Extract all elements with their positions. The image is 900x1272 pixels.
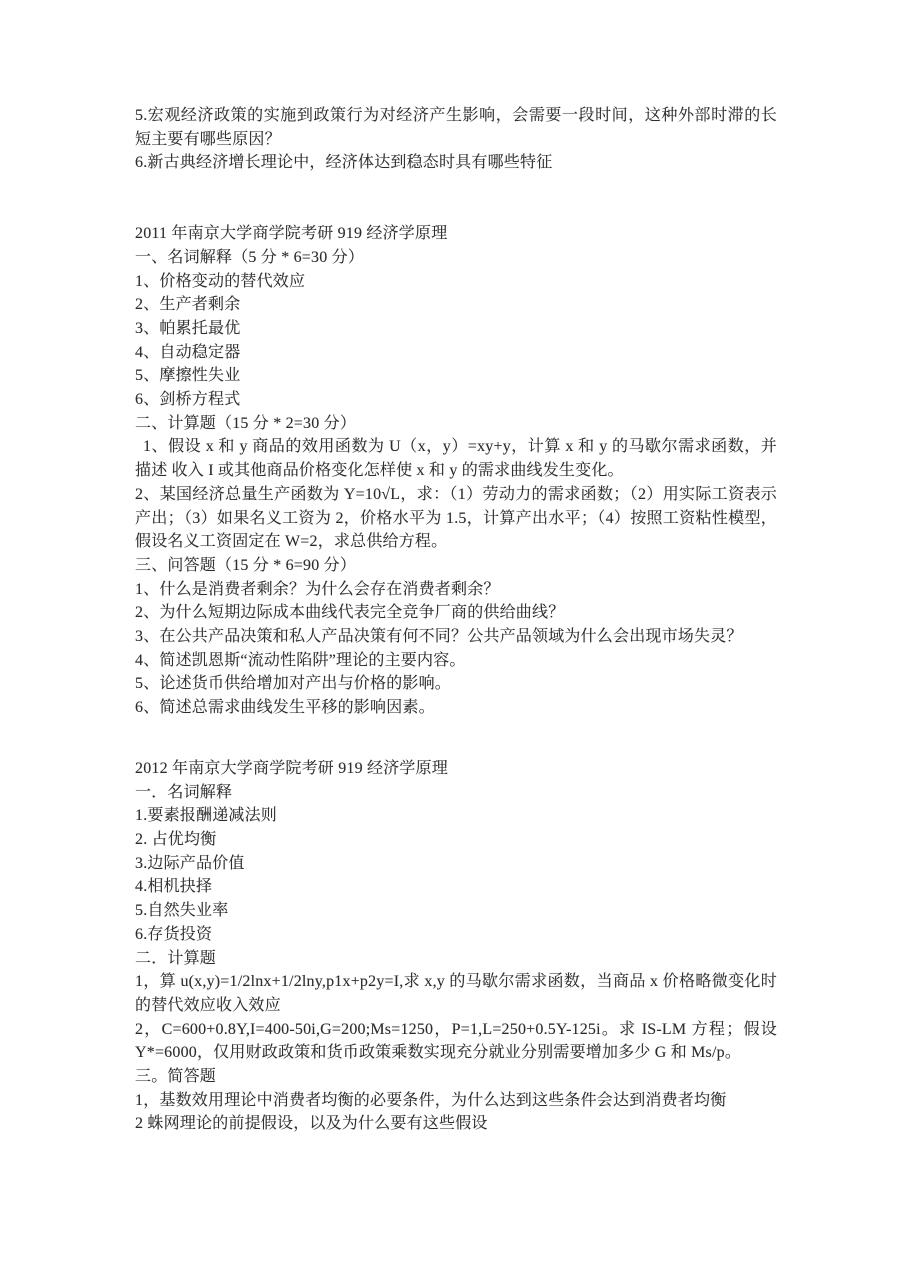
exam-2012-title: 2012 年南京大学商学院考研 919 经济学原理 (135, 757, 777, 781)
exam-2012-section3-heading: 三。简答题 (135, 1065, 777, 1089)
intro-question-5: 5.宏观经济政策的实施到政策行为对经济产生影响，会需要一段时间，这种外部时滞的长… (135, 104, 777, 151)
exam-2011-s3-item: 4、简述凯恩斯“流动性陷阱”理论的主要内容。 (135, 649, 777, 673)
exam-2012-s1-item: 6.存货投资 (135, 923, 777, 947)
exam-2011-s3-item: 5、论述货币供给增加对产出与价格的影响。 (135, 672, 777, 696)
exam-2012-section1-heading: 一．名词解释 (135, 781, 777, 805)
exam-2011-s3-item: 1、什么是消费者剩余？为什么会存在消费者剩余？ (135, 578, 777, 602)
exam-2012-s1-item: 1.要素报酬递减法则 (135, 804, 777, 828)
exam-2012-s2-item: 1，算 u(x,y)=1/2lnx+1/2lny,p1x+p2y=I,求 x,y… (135, 970, 777, 1017)
exam-2011-section2-heading: 二、计算题（15 分 * 2=30 分） (135, 412, 777, 436)
exam-2011-s1-item: 3、帕累托最优 (135, 317, 777, 341)
exam-2011-s1-item: 4、自动稳定器 (135, 341, 777, 365)
exam-2011-s2-item: 2、某国经济总量生产函数为 Y=10√L，求：（1）劳动力的需求函数；（2）用实… (135, 483, 777, 554)
exam-2011-s3-item: 6、简述总需求曲线发生平移的影响因素。 (135, 696, 777, 720)
exam-2012-s1-item: 5.自然失业率 (135, 899, 777, 923)
exam-2011-s1-item: 5、摩擦性失业 (135, 364, 777, 388)
exam-2012-section2-heading: 二．计算题 (135, 947, 777, 971)
exam-2011-section1-heading: 一、名词解释（5 分 * 6=30 分） (135, 246, 777, 270)
exam-document: 5.宏观经济政策的实施到政策行为对经济产生影响，会需要一段时间，这种外部时滞的长… (135, 104, 777, 1136)
exam-2011-s3-item: 2、为什么短期边际成本曲线代表完全竞争厂商的供给曲线？ (135, 601, 777, 625)
scanned-exam-page: 5.宏观经济政策的实施到政策行为对经济产生影响，会需要一段时间，这种外部时滞的长… (0, 0, 900, 1272)
exam-2012-s3-item: 1，基数效用理论中消费者均衡的必要条件，为什么达到这些条件会达到消费者均衡 (135, 1089, 777, 1113)
exam-2011-s1-item: 2、生产者剩余 (135, 293, 777, 317)
exam-2011-s2-item: 1、假设 x 和 y 商品的效用函数为 U（x，y）=xy+y，计算 x 和 y… (135, 435, 777, 482)
intro-question-6: 6.新古典经济增长理论中，经济体达到稳态时具有哪些特征 (135, 151, 777, 175)
exam-2012-s1-item: 4.相机抉择 (135, 875, 777, 899)
section-gap (135, 720, 777, 757)
exam-2012-s2-item: 2，C=600+0.8Y,I=400-50i,G=200;Ms=1250，P=1… (135, 1018, 777, 1065)
exam-2012-s1-item: 2. 占优均衡 (135, 828, 777, 852)
exam-2011-s3-item: 3、在公共产品决策和私人产品决策有何不同？公共产品领域为什么会出现市场失灵？ (135, 625, 777, 649)
exam-2011-s1-item: 1、价格变动的替代效应 (135, 270, 777, 294)
exam-2011-title: 2011 年南京大学商学院考研 919 经济学原理 (135, 222, 777, 246)
exam-2011-s1-item: 6、剑桥方程式 (135, 388, 777, 412)
exam-2012-s1-item: 3.边际产品价值 (135, 852, 777, 876)
exam-2011-section3-heading: 三、问答题（15 分 * 6=90 分） (135, 554, 777, 578)
section-gap (135, 175, 777, 222)
exam-2012-s3-item: 2 蛛网理论的前提假设，以及为什么要有这些假设 (135, 1112, 777, 1136)
